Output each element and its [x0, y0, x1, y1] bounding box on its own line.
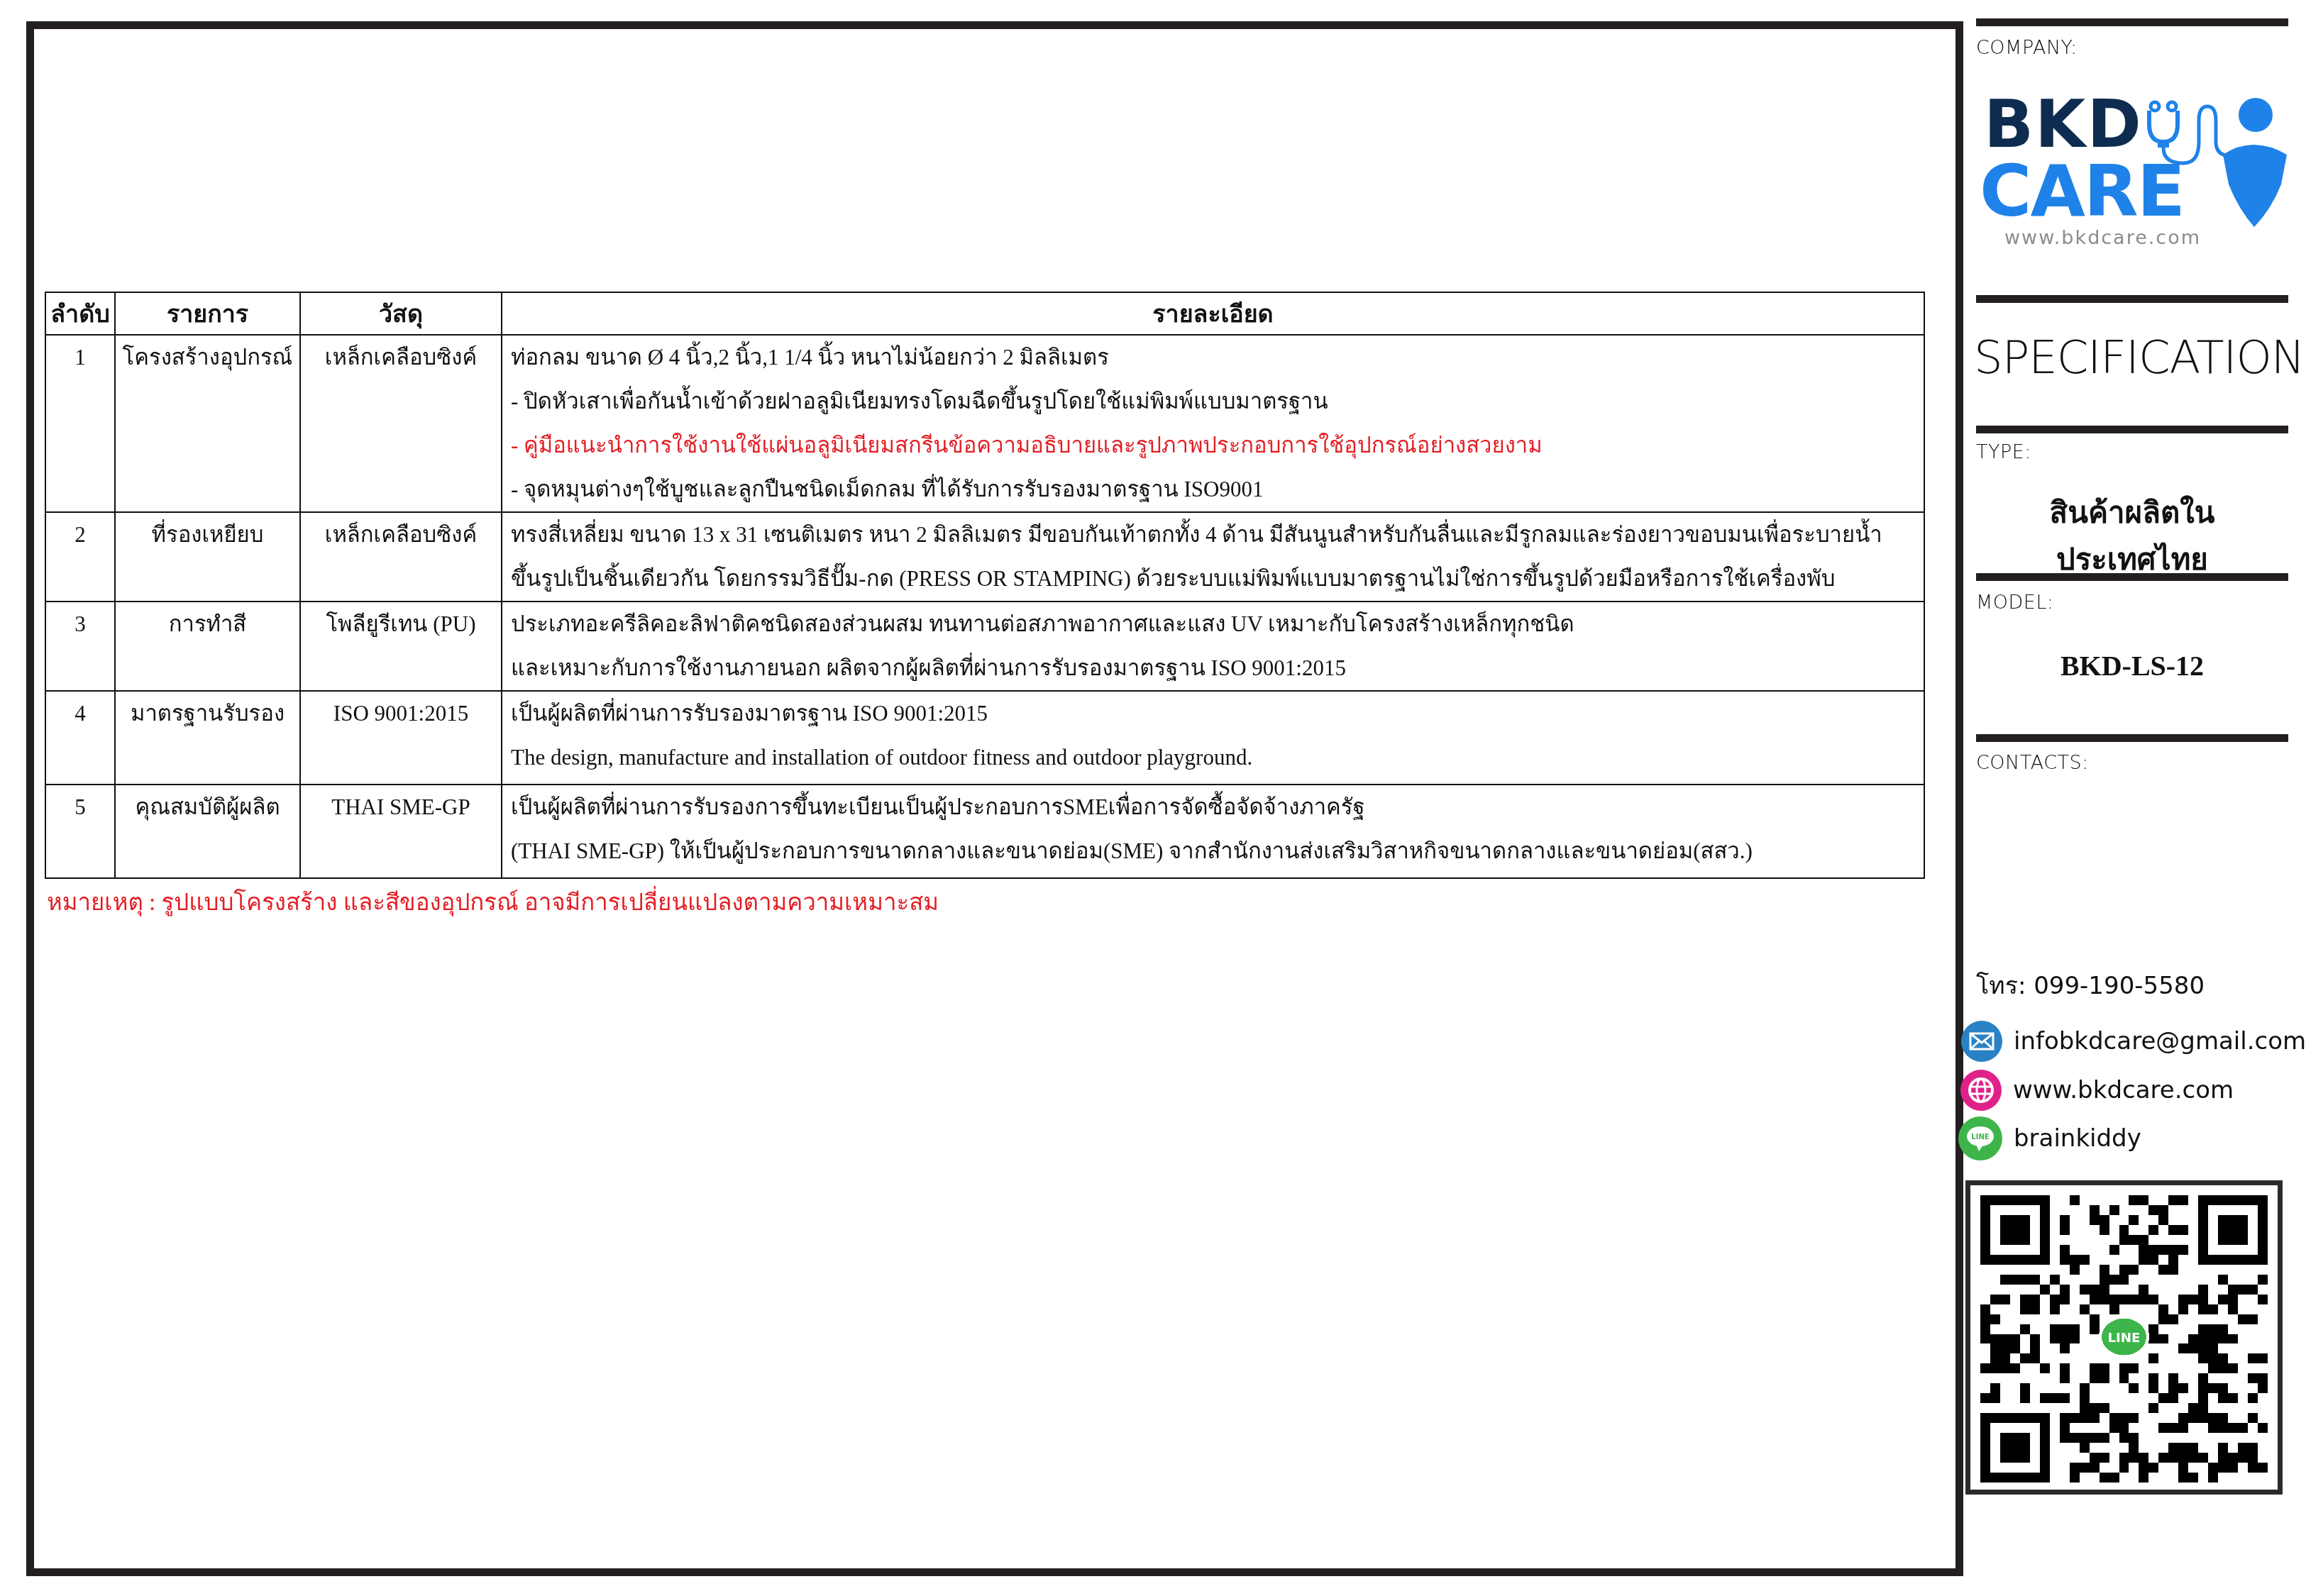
row-item: คุณสมบัติผู้ผลิต: [115, 785, 300, 878]
table-row: 3 การทำสี โพลียูรีเทน (PU) ประเภทอะครีลิ…: [45, 602, 1924, 691]
detail-line: เป็นผู้ผลิตที่ผ่านการรับรองมาตรฐาน ISO 9…: [511, 692, 1918, 736]
email-text: infobkdcare@gmail.com: [2014, 1027, 2306, 1055]
header-no: ลำดับ: [45, 292, 115, 335]
row-material: THAI SME-GP: [300, 785, 502, 878]
specification-table: ลำดับ รายการ วัสดุ รายละเอียด 1 โครงสร้า…: [45, 292, 1925, 879]
row-details: เป็นผู้ผลิตที่ผ่านการรับรองมาตรฐาน ISO 9…: [502, 691, 1924, 785]
company-label: COMPANY:: [1976, 37, 2078, 59]
detail-line: ทรงสี่เหลี่ยม ขนาด 13 x 31 เซนติเมตร หนา…: [511, 513, 1918, 557]
header-material: วัสดุ: [300, 292, 502, 335]
row-material: ISO 9001:2015: [300, 691, 502, 785]
model-value: BKD-LS-12: [1976, 649, 2288, 682]
model-label: MODEL:: [1976, 592, 2054, 614]
type-value: สินค้าผลิตในประเทศไทย: [1976, 489, 2288, 583]
table-row: 2 ที่รองเหยียบ เหล็กเคลือบซิงค์ ทรงสี่เห…: [45, 512, 1924, 602]
detail-line: ขึ้นรูปเป็นชิ้นเดียวกัน โดยกรรมวิธีปั๊ม-…: [511, 557, 1918, 601]
detail-line-highlight: - คู่มือแนะนำการใช้งานใช้แผ่นอลูมิเนียมส…: [511, 423, 1918, 467]
logo-url: www.bkdcare.com: [2004, 227, 2201, 249]
row-details: ทรงสี่เหลี่ยม ขนาด 13 x 31 เซนติเมตร หนา…: [502, 512, 1924, 602]
row-item: ที่รองเหยียบ: [115, 512, 300, 602]
svg-text:LINE: LINE: [1971, 1134, 1989, 1141]
row-no: 2: [45, 512, 115, 602]
detail-line: The design, manufacture and installation…: [511, 736, 1918, 780]
divider: [1976, 734, 2288, 742]
remark-note: หมายเหตุ : รูปแบบโครงสร้าง และสีของอุปกร…: [47, 883, 939, 921]
contact-line[interactable]: LINE brainkiddy: [1958, 1116, 2141, 1160]
row-details: ประเภทอะครีลิคอะลิฟาติคชนิดสองส่วนผสม ทน…: [502, 602, 1924, 691]
detail-line: - จุดหมุนต่างๆใช้บูชและลูกปืนชนิดเม็ดกลม…: [511, 467, 1918, 511]
row-no: 5: [45, 785, 115, 878]
detail-line: (THAI SME-GP) ให้เป็นผู้ประกอบการขนาดกลา…: [511, 829, 1918, 873]
table-row: 4 มาตรฐานรับรอง ISO 9001:2015 เป็นผู้ผลิ…: [45, 691, 1924, 785]
spec-title: SPECIFICATION: [1974, 332, 2305, 384]
divider: [1976, 18, 2288, 26]
row-material: โพลียูรีเทน (PU): [300, 602, 502, 691]
qr-code-icon: LINE: [1980, 1195, 2268, 1483]
row-details: ท่อกลม ขนาด Ø 4 นิ้ว,2 นิ้ว,1 1/4 นิ้ว ห…: [502, 335, 1924, 512]
table-header-row: ลำดับ รายการ วัสดุ รายละเอียด: [45, 292, 1924, 335]
header-details: รายละเอียด: [502, 292, 1924, 335]
email-icon: [1961, 1021, 2002, 1062]
logo-text-bkd: BKD: [1984, 92, 2143, 157]
contact-email[interactable]: infobkdcare@gmail.com: [1961, 1019, 2306, 1063]
type-label: TYPE:: [1976, 441, 2031, 463]
detail-line: และเหมาะกับการใช้งานภายนอก ผลิตจากผู้ผลิ…: [511, 646, 1918, 690]
company-logo: BKD CARE www.bkdcare.com: [1980, 85, 2285, 255]
divider: [1976, 295, 2288, 303]
globe-icon: [1960, 1070, 2002, 1111]
detail-line: - ปิดหัวเสาเพื่อกันน้ำเข้าด้วยฝาอลูมิเนี…: [511, 379, 1918, 423]
row-no: 3: [45, 602, 115, 691]
row-details: เป็นผู้ผลิตที่ผ่านการรับรองการขึ้นทะเบีย…: [502, 785, 1924, 878]
line-id-text: brainkiddy: [2014, 1124, 2141, 1153]
row-item: การทำสี: [115, 602, 300, 691]
table-row: 1 โครงสร้างอุปกรณ์ เหล็กเคลือบซิงค์ ท่อก…: [45, 335, 1924, 512]
header-item: รายการ: [115, 292, 300, 335]
detail-line: เป็นผู้ผลิตที่ผ่านการรับรองการขึ้นทะเบีย…: [511, 785, 1918, 829]
line-qr-code[interactable]: LINE: [1965, 1180, 2283, 1495]
row-material: เหล็กเคลือบซิงค์: [300, 335, 502, 512]
row-item: โครงสร้างอุปกรณ์: [115, 335, 300, 512]
svg-text:LINE: LINE: [2108, 1331, 2141, 1346]
divider: [1976, 426, 2288, 433]
table-row: 5 คุณสมบัติผู้ผลิต THAI SME-GP เป็นผู้ผล…: [45, 785, 1924, 878]
row-item: มาตรฐานรับรอง: [115, 691, 300, 785]
divider: [1976, 573, 2288, 581]
detail-line: ประเภทอะครีลิคอะลิฟาติคชนิดสองส่วนผสม ทน…: [511, 602, 1918, 646]
row-material: เหล็กเคลือบซิงค์: [300, 512, 502, 602]
contact-website[interactable]: www.bkdcare.com: [1960, 1068, 2234, 1112]
website-text: www.bkdcare.com: [2013, 1076, 2234, 1104]
stethoscope-person-icon: [2139, 85, 2288, 227]
row-no: 1: [45, 335, 115, 512]
line-icon: LINE: [1958, 1116, 2002, 1160]
phone-number[interactable]: โทร: 099-190-5580: [1976, 966, 2205, 1004]
contacts-label: CONTACTS:: [1976, 752, 2089, 774]
row-no: 4: [45, 691, 115, 785]
detail-line: ท่อกลม ขนาด Ø 4 นิ้ว,2 นิ้ว,1 1/4 นิ้ว ห…: [511, 336, 1918, 379]
